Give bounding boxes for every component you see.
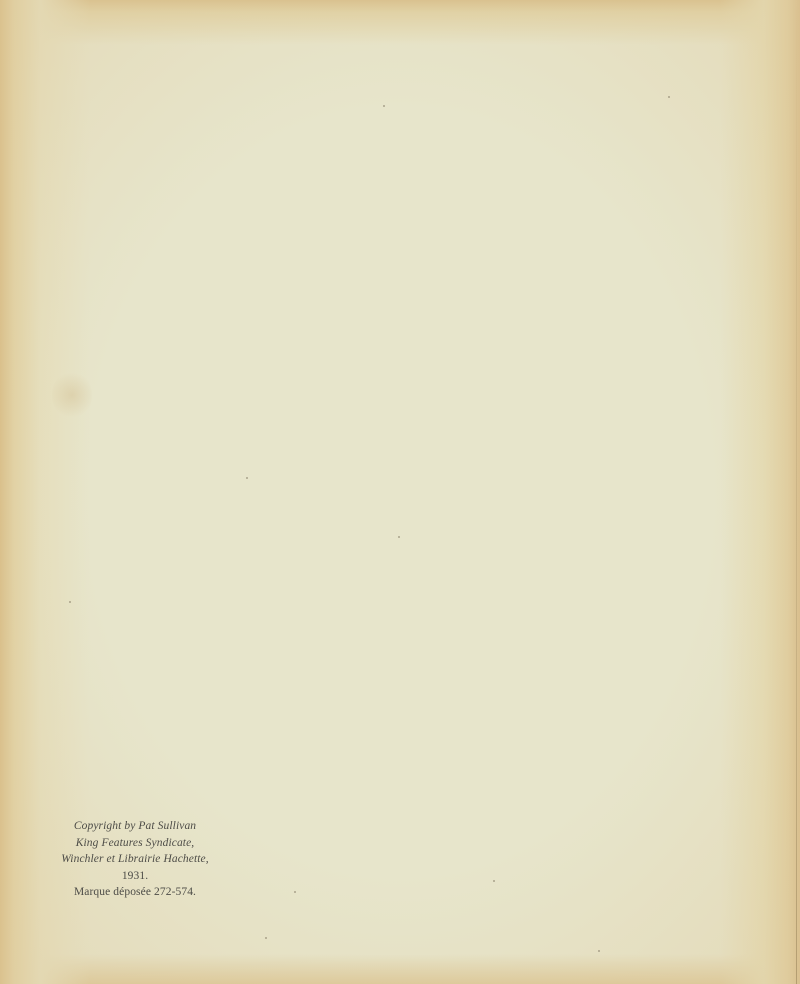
copyright-notice: Copyright by Pat Sullivan King Features … [46,818,224,901]
paper-speck [383,105,385,107]
paper-stain [52,370,92,420]
copyright-line-author: Copyright by Pat Sullivan [46,818,224,835]
paper-speck [246,477,248,479]
trademark-notice: Marque déposée 272-574. [46,884,224,901]
paper-speck [493,880,495,882]
paper-speck [398,536,400,538]
copyright-year: 1931. [46,868,224,885]
page-edge [796,0,797,984]
paper-speck [598,950,600,952]
paper-speck [668,96,670,98]
paper-speck [294,891,296,893]
paper-speck [69,601,71,603]
copyright-line-publisher: Winchler et Librairie Hachette, [46,851,224,868]
copyright-line-syndicate: King Features Syndicate, [46,835,224,852]
book-page: Copyright by Pat Sullivan King Features … [0,0,800,984]
paper-speck [265,937,267,939]
